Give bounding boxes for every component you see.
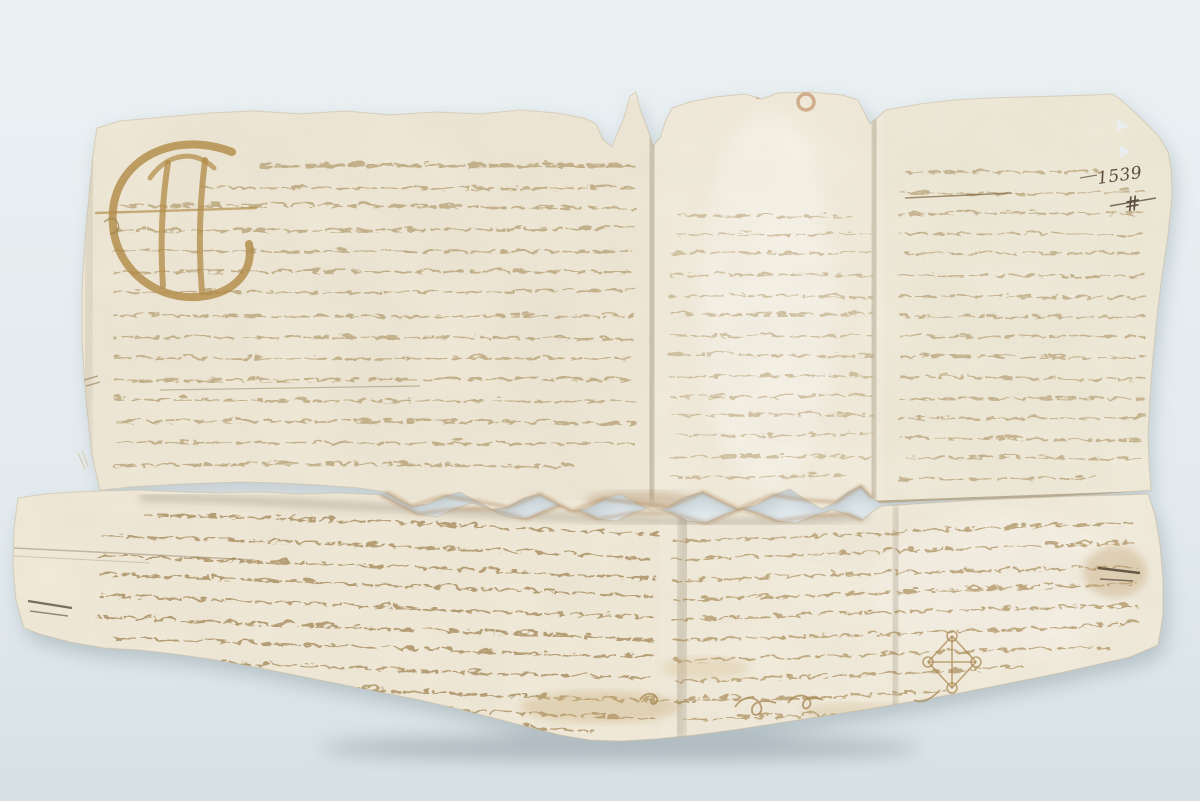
manuscript-photo-canvas: 1539 # (0, 0, 1200, 801)
handwriting-line (112, 249, 632, 250)
handwriting-line (200, 185, 632, 186)
manuscript-photo: 1539 # (0, 0, 1200, 801)
handwriting-line (112, 269, 632, 270)
handwriting-line (668, 250, 870, 251)
handwriting-line (898, 334, 1142, 335)
parchment-texture-upper (82, 92, 1172, 511)
handwriting-line (668, 374, 870, 375)
handwriting-line (898, 476, 1092, 477)
parchment-upper-half: 1539 # (80, 90, 1176, 511)
stain (660, 657, 750, 679)
handwriting-line (258, 163, 632, 164)
